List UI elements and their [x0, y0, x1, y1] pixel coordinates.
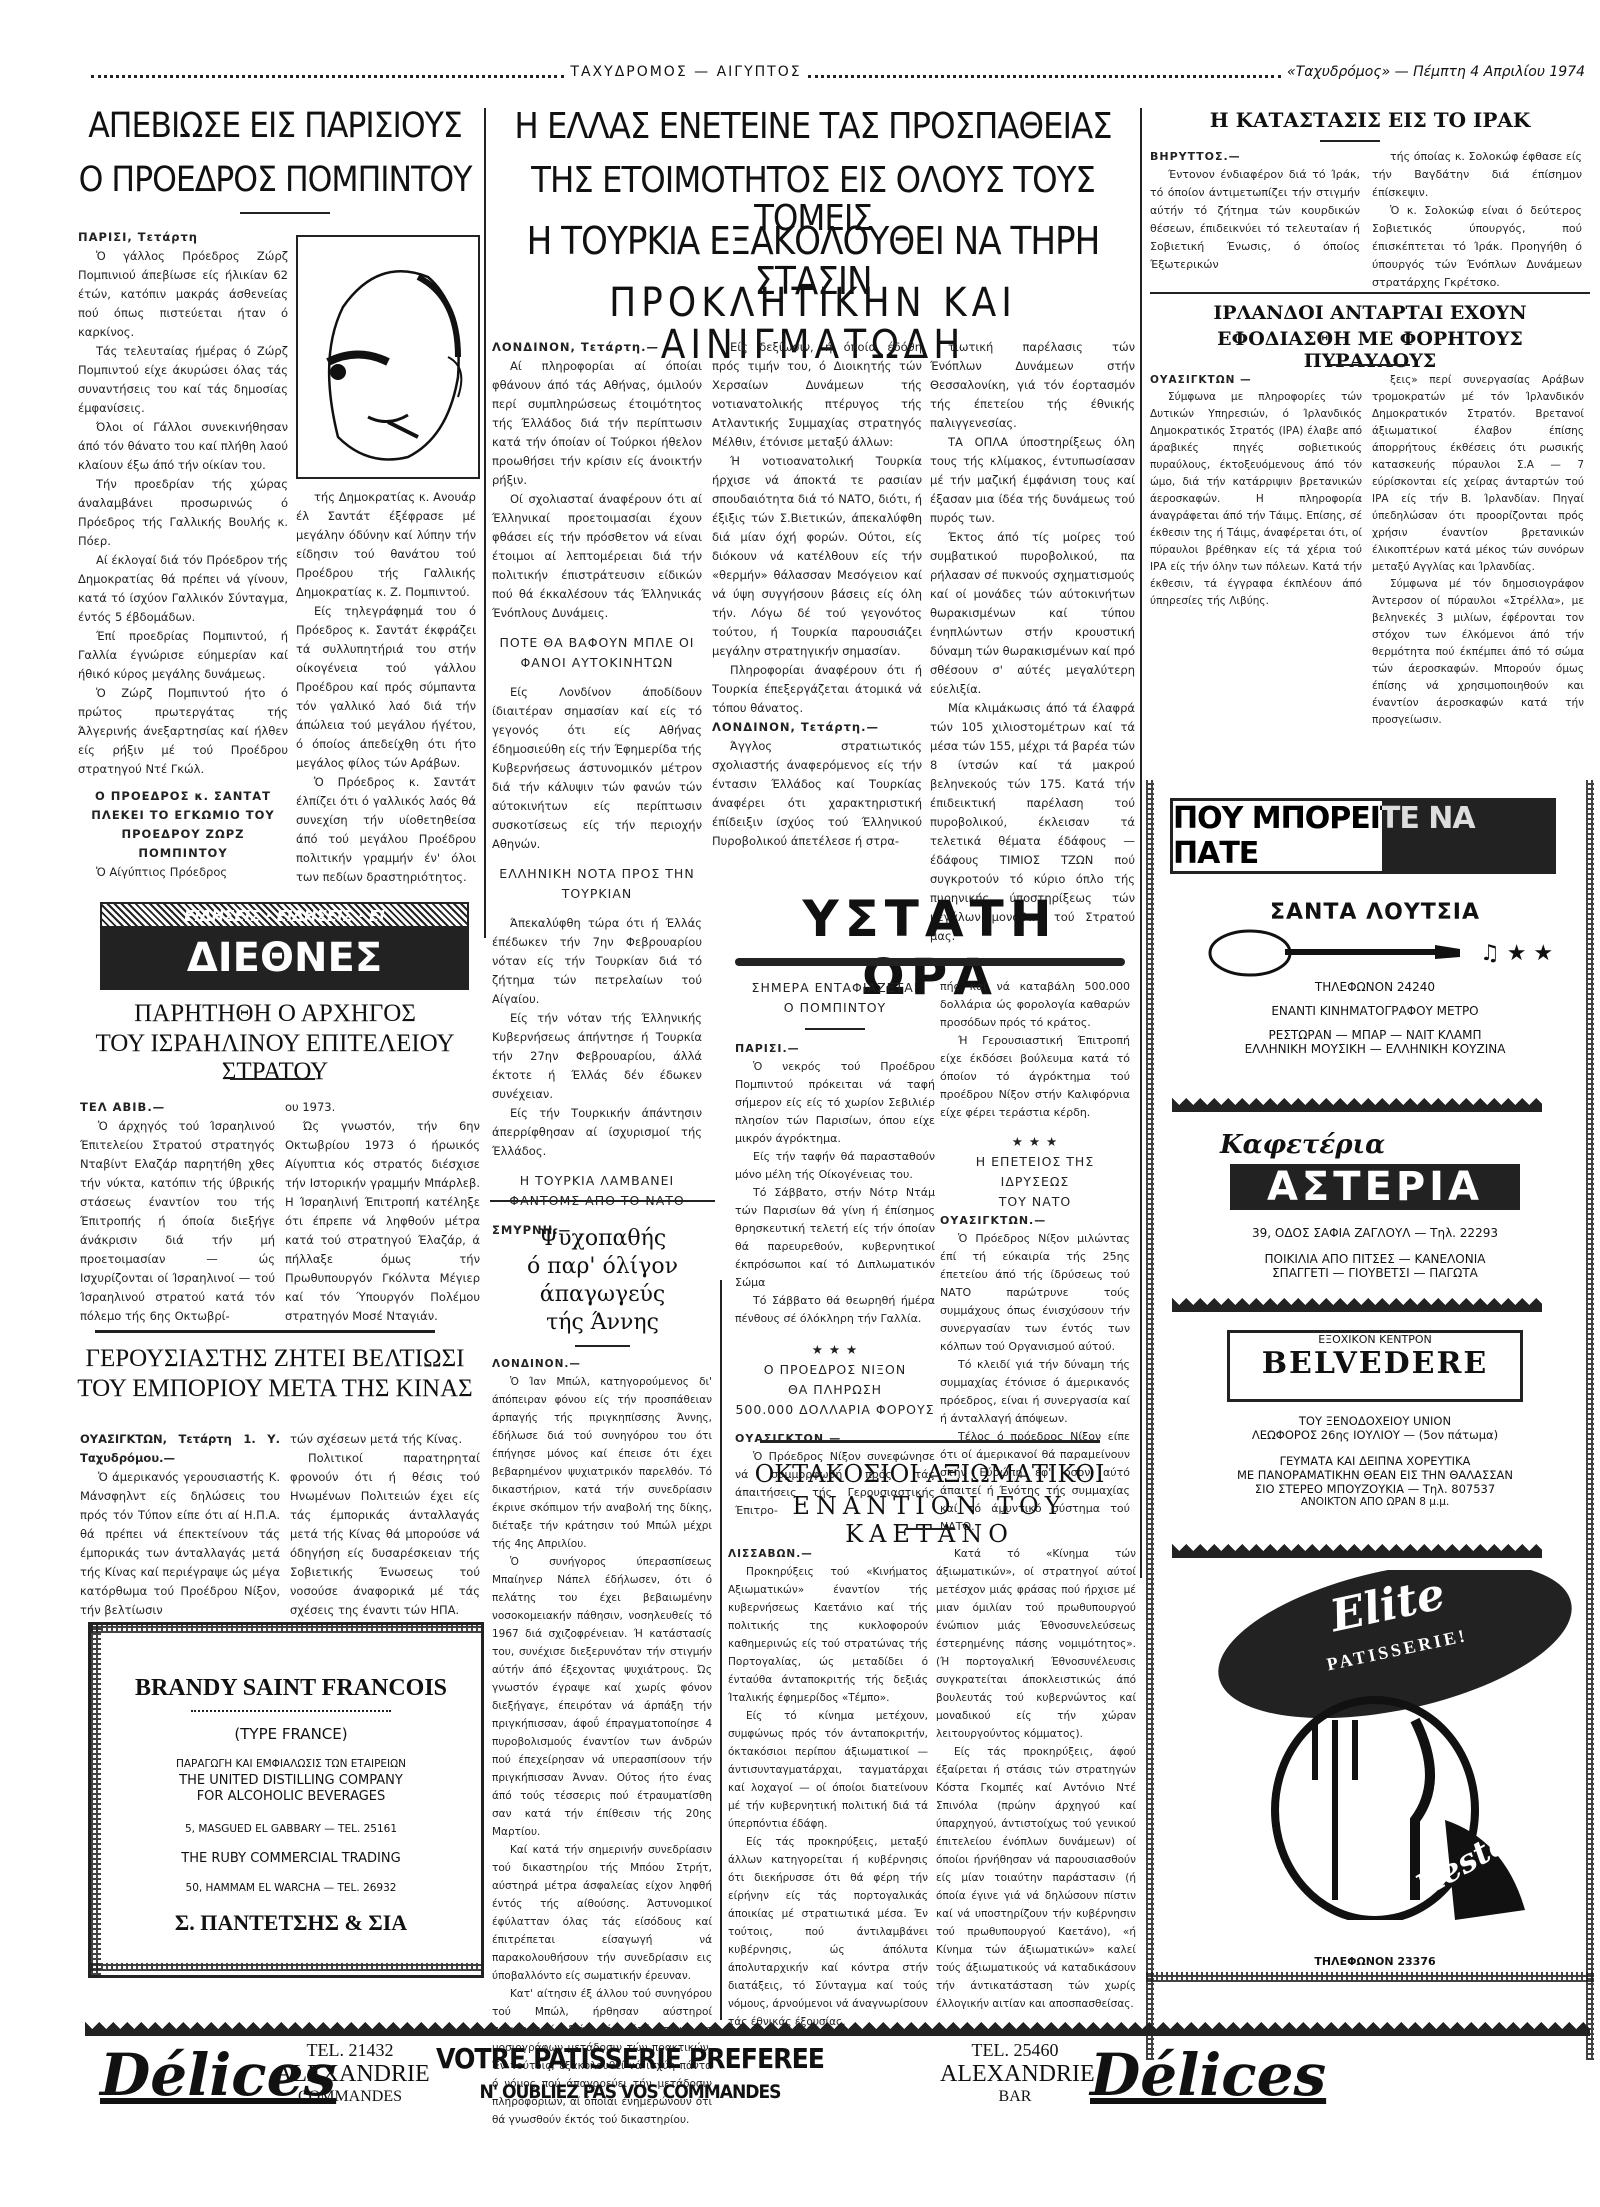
ad-line: ΡΕΣΤΩΡΑΝ — ΜΠΑΡ — ΝΑΙΤ ΚΛΑΜΠ — [1160, 1028, 1590, 1042]
paragraph: ΤΑ ΟΠΛΑ ύποστηρίξεως όλη τους τής κλίμακ… — [930, 433, 1135, 528]
meander-border — [1146, 1972, 1594, 1982]
stars-separator: ★ ★ ★ — [735, 1340, 935, 1360]
article-body-col2: Κατά τό «Κίνημα τών άξιωματικών», οί στρ… — [936, 1545, 1136, 2013]
paragraph: Ώς γνωστόν, τήν 6ην Οκτωβρίου 1973 ό ήρω… — [285, 1117, 480, 1326]
footer-sub: COMMANDES — [275, 2088, 425, 2106]
paragraph: Σύμφωνα μέ τόν δημοσιογράφον Άντερσον οί… — [1372, 576, 1584, 729]
headline: ΑΠΕΒΙΩΣΕ ΕΙΣ ΠΑΡΙΣΙΟΥΣ — [70, 108, 480, 145]
paragraph: Άγγλος στρατιωτικός σχολιαστής άναφερόμε… — [712, 737, 922, 851]
paragraph: Ή Γερουσιαστική Έπιτροπή είχε έκδόσει βο… — [940, 1032, 1130, 1122]
ad-elite: Elite PATISSERIE! Restaurant — [1175, 1570, 1575, 1950]
ad-line: FOR ALCOHOLIC BEVERAGES — [101, 1789, 481, 1804]
divider — [805, 1028, 865, 1030]
headline: Ο ΠΡΟΕΔΡΟΣ ΠΟΜΠΙΝΤΟΥ — [70, 162, 480, 199]
ad-prefix: Καφετέρια — [1160, 1130, 1590, 1160]
divider — [240, 212, 330, 214]
article-body: ΟΥΑΣΙΓΚΤΩΝ, Τετάρτη 1. Υ. Ταχυδρόμου.— Ὁ… — [80, 1430, 280, 1620]
headline-line: Ψυχοπαθής — [490, 1225, 715, 1253]
paragraph: Είς δεξίωσιν, ή όποία έδόθη πρός τιμήν τ… — [712, 338, 922, 452]
article-body-col2: τής Δημοκρατίας κ. Ανουάρ έλ Σαντάτ έξέφ… — [296, 488, 476, 887]
article-body-col2: ου 1973. Ώς γνωστόν, τήν 6ην Οκτωβρίου 1… — [285, 1098, 480, 1326]
banner-main: ΔΙΕΘΝΕΣ 24ΩΡΟΝ — [100, 926, 469, 990]
paragraph: Είς τηλεγράφημά του ό Πρόεδρος κ. Σαντάτ… — [296, 602, 476, 773]
article-body: ΟΥΑΣΙΓΚΤΩΝ — Σύμφωνα με πληροφορίες τών … — [1150, 372, 1362, 610]
paragraph: Αί πληροφορίαι αί όποίαι φθάνουν άπό τάς… — [492, 357, 702, 490]
masthead-dots — [91, 67, 564, 78]
ad-line: THE RUBY COMMERCIAL TRADING — [101, 1851, 481, 1866]
paragraph: Τήν προεδρίαν τής χώρας άναλαμβάνει προσ… — [78, 475, 288, 551]
ad-line: ΛΕΩΦΟΡΟΣ 26ης ΙΟΥΛΙΟΥ — (5ον πάτωμα) — [1160, 1428, 1590, 1442]
ad-line: ΠΑΡΑΓΩΓΗ ΚΑΙ ΕΜΦΙΑΛΩΣΙΣ ΤΩΝ ΕΤΑΙΡΕΙΩΝ — [101, 1758, 481, 1770]
article-body-col2: πής καί νά καταβάλη 500.000 δολλάρια ώς … — [940, 978, 1130, 1536]
ad-line: THE UNITED DISTILLING COMPANY — [101, 1773, 481, 1788]
ad-belvedere: ΕΞΟΧΙΚΟΝ ΚΕΝΤΡΟΝ BELVEDERE ΤΟΥ ΞΕΝΟΔΟΧΕΙ… — [1160, 1330, 1590, 1508]
divider — [95, 1330, 435, 1333]
article-body: ΛΙΣΣΑΒΩΝ.— Προκηρύξεις τού «Κινήματος Αξ… — [728, 1545, 928, 2031]
meander-border — [91, 1963, 481, 1971]
banner-where-to-go: ΠΟΥ ΜΠΟΡΕΙΤΕ ΝΑ ΠΑΤΕ — [1170, 798, 1556, 874]
ad-line: ΓΕΥΜΑΤΑ ΚΑΙ ΔΕΙΠΝΑ ΧΟΡΕΥΤΙΚΑ — [1160, 1454, 1590, 1468]
masthead-dots — [808, 67, 1281, 78]
footer-right-contact: TEL. 25460 ALEXANDRIE BAR — [940, 2040, 1090, 2106]
paragraph: Έπί προεδρίας Πομπιντού, ή Γαλλία έγνώρι… — [78, 627, 288, 684]
paragraph: Ὁ νεκρός τού Προέδρου Πομπιντού πρόκειτα… — [735, 1058, 935, 1148]
meander-border — [91, 1625, 481, 1633]
paragraph: Όλοι οί Γάλλοι συνεκινήθησαν άπό τόν θάν… — [78, 418, 288, 475]
footer-city: ALEXANDRIE — [275, 2061, 425, 2088]
article-body-col2: ξεις» περί συνεργασίας Αράβων τρομοκρατώ… — [1372, 372, 1584, 729]
divider — [575, 1345, 630, 1347]
dateline: ΤΕΛ ΑΒΙΒ.— — [80, 1098, 275, 1117]
headline-line: τής Άννης — [490, 1309, 715, 1337]
dateline: ΛΟΝΔΙΝΟΝ.— — [492, 1355, 712, 1373]
svg-text:♫ ★ ★: ♫ ★ ★ — [1480, 941, 1553, 966]
headline: ΙΡΛΑΝΔΟΙ ΑΝΤΑΡΤΑΙ ΕΧΟΥΝ — [1150, 302, 1590, 324]
ad-subtitle: ΕΞΟΧΙΚΟΝ ΚΕΝΤΡΟΝ — [1230, 1333, 1520, 1346]
dateline: ΛΟΝΔΙΝΟΝ, Τετάρτη.— — [712, 718, 922, 737]
ad-line: ΜΕ ΠΑΝΟΡΑΜΑΤΙΚΗΝ ΘΕΑΝ ΕΙΣ ΤΗΝ ΘΑΛΑΣΣΑΝ — [1160, 1468, 1590, 1482]
headline: ΟΚΤΑΚΟΣΙΟΙ ΑΞΙΩΜΑΤΙΚΟΙ — [722, 1460, 1137, 1488]
footer-center: VOTRE PATISSERIE PREFEREE N' OUBLIEZ PAS… — [425, 2042, 835, 2103]
divider — [490, 1200, 715, 1202]
paragraph: Άπεκαλύφθη τώρα ότι ή Έλλάς έπέδωκεν τήν… — [492, 914, 702, 1009]
cutlery-icon — [1215, 1680, 1535, 1920]
paragraph: Ὁ κ. Σολοκώφ είναι ό δεύτερος Σοβιετικός… — [1372, 202, 1582, 292]
subheading: ΠΟΤΕ ΘΑ ΒΑΦΟΥΝ ΜΠΛΕ ΟΙ ΦΑΝΟΙ ΑΥΤΟΚΙΝΗΤΩΝ — [492, 633, 702, 673]
dateline: ΛΟΝΔΙΝΟΝ, Τετάρτη.— — [492, 338, 702, 357]
paragraph: Ὁ άρχηγός τού Ίσραηλινού Έπιτελείου Στρα… — [80, 1117, 275, 1326]
caricature-image — [296, 235, 480, 479]
ad-location: ΕΝΑΝΤΙ ΚΙΝΗΜΑΤΟΓΡΑΦΟΥ ΜΕΤΡΟ — [1160, 1004, 1590, 1018]
paragraph: Είς τάς προκηρύξεις, μεταξύ άλλων κατηγο… — [728, 1833, 928, 2031]
paragraph: Ὁ Πρόεδρος Νίξον μιλώντας έπί τή εύκαιρί… — [940, 1230, 1130, 1356]
dateline: ΛΙΣΣΑΒΩΝ.— — [728, 1545, 928, 1563]
dateline: ΒΗΡΥΤΤΟΣ.— — [1150, 148, 1360, 166]
zigzag-divider — [1172, 1298, 1542, 1312]
paragraph: Σύμφωνα με πληροφορίες τών Δυτικών Υπηρε… — [1150, 389, 1362, 610]
divider — [1150, 292, 1590, 294]
ad-phone: ΤΗΛΕΦΩΝΟΝ 24240 — [1160, 980, 1590, 994]
paragraph: Είς τήν Τουρκικήν άπάντησιν άπερρίφθησαν… — [492, 1104, 702, 1161]
ad-address: 50, HAMMAM EL WARCHA — TEL. 26932 — [101, 1882, 481, 1894]
ad-title: ΣΑΝΤΑ ΛΟΥΤΣΙΑ — [1160, 900, 1590, 925]
subheading: 500.000 ΔΟΛΛΑΡΙΑ ΦΟΡΟΥΣ — [735, 1400, 935, 1420]
subheading: ΣΗΜΕΡΑ ΕΝΤΑΦΙΑΖΕΤΑΙ — [735, 978, 935, 998]
paragraph: Είς τήν ταφήν θά παρασταθούν μόνο μέλη τ… — [735, 1148, 935, 1184]
banner-text: ΠΟΥ ΜΠΟΡΕΙΤΕ ΝΑ ΠΑΤΕ — [1173, 801, 1553, 871]
paragraph: Τό Σάββατο, στήν Νότρ Ντάμ τών Παρισίων … — [735, 1184, 935, 1292]
paragraph: Πληροφορίαι άναφέρουν ότι ή Τουρκία έπεξ… — [712, 661, 922, 718]
article-body-col2: τής όποίας κ. Σολοκώφ έφθασε είς τήν Βαγ… — [1372, 148, 1582, 292]
ad-asteria: Καφετέρια ΑΣΤΕΡΙΑ 39, ΟΔΟΣ ΣΑΦΙΑ ΖΑΓΛΟΥΛ… — [1160, 1130, 1590, 1280]
paragraph: Πολιτικοί παρατηρηταί φρονούν ότι ή θέσι… — [290, 1449, 480, 1620]
headline: Η ΚΑΤΑΣΤΑΣΙΣ ΕΙΣ ΤΟ ΙΡΑΚ — [1150, 108, 1590, 132]
ad-line: ΤΟΥ ΞΕΝΟΔΟΧΕΙΟΥ UNION — [1160, 1414, 1590, 1428]
ad-logo-box: ΕΞΟΧΙΚΟΝ ΚΕΝΤΡΟΝ BELVEDERE — [1227, 1330, 1523, 1402]
ad-title: ΑΣΤΕΡΙΑ — [1230, 1164, 1520, 1210]
masthead-title: ΤΑΧΥΔΡΟΜΟΣ — ΑΙΓΥΠΤΟΣ — [570, 64, 801, 80]
dateline: ΟΥΑΣΙΓΚΤΩΝ.— — [940, 1212, 1130, 1230]
mandolin-icon: ♫ ★ ★ — [1160, 925, 1590, 980]
paragraph: τής όποίας κ. Σολοκώφ έφθασε είς τήν Βαγ… — [1372, 148, 1582, 202]
masthead-date: «Ταχυδρόμος» — Πέμπτη 4 Απριλίου 1974 — [1287, 64, 1585, 80]
article-body: ΠΑΡΙΣΙ, Τετάρτη Ὁ γάλλος Πρόεδρος Ζώρζ Π… — [78, 228, 288, 882]
paragraph: Τό κλειδί γιά τήν δύναμη τής συμμαχίας έ… — [940, 1356, 1130, 1428]
paragraph: Ὁ Ζώρζ Πομπιντού ήτο ό πρώτος πρωτεργάτα… — [78, 684, 288, 779]
divider — [760, 1440, 1100, 1443]
zigzag-divider — [1172, 1544, 1542, 1558]
paragraph: τιωτική παρέλασις τών Ένόπλων Δυνάμεων σ… — [930, 338, 1135, 433]
ad-title: BRANDY SAINT FRANCOIS — [101, 1675, 481, 1702]
meander-border — [1146, 780, 1154, 2060]
paragraph: Ὁ Πρόεδρος κ. Σαντάτ έλπίζει ότι ό γαλλι… — [296, 773, 476, 887]
divider — [1330, 364, 1410, 366]
paragraph: Είς τήν νόταν τής Έλληνικής Κυβερνήσεως … — [492, 1009, 702, 1104]
paragraph: τής Δημοκρατίας κ. Ανουάρ έλ Σαντάτ έξέφ… — [296, 488, 476, 602]
zigzag-divider — [1172, 1098, 1542, 1112]
footer-city: ALEXANDRIE — [940, 2061, 1090, 2088]
delices-logo-left: Délices — [100, 2040, 270, 2110]
footer-sub: BAR — [940, 2088, 1090, 2106]
subheading: ΤΟΥ ΝΑΤΟ — [940, 1192, 1130, 1212]
masthead: ΤΑΧΥΔΡΟΜΟΣ — ΑΙΓΥΠΤΟΣ «Ταχυδρόμος» — Πέμ… — [85, 62, 1585, 82]
paragraph: Είς τάς προκηρύξεις, άφού έξαίρεται ή στ… — [936, 1743, 1136, 2013]
paragraph: Ὁ συνήγορος ύπερασπίσεως Μπαίηνερ Νάπελ … — [492, 1553, 712, 1841]
dateline: ΠΑΡΙΣΙ.— — [735, 1040, 935, 1058]
paragraph: Τάς τελευταίας ήμέρας ό Ζώρζ Πομπιντού ε… — [78, 342, 288, 418]
subheading: Ο ΠΡΟΕΔΡΟΣ κ. ΣΑΝΤΑΤ ΠΛΕΚΕΙ ΤΟ ΕΓΚΩΜΙΟ Τ… — [78, 787, 288, 863]
ad-phone: ΤΗΛΕΦΩΝΟΝ 23376 — [1160, 1955, 1590, 1968]
headline: ΤΟΥ ΕΜΠΟΡΙΟΥ ΜΕΤΑ ΤΗΣ ΚΙΝΑΣ — [70, 1375, 480, 1403]
ad-line: ΣΠΑΓΓΕΤΙ — ΓΙΟΥΒΕΤΣΙ — ΠΑΓΩΤΑ — [1160, 1266, 1590, 1280]
paragraph: Ὁ Ίαν Μπώλ, κατηγορούμενος δι' άπόπειραν… — [492, 1373, 712, 1553]
dateline: ΟΥΑΣΙΓΚΤΩΝ — — [1150, 372, 1362, 389]
article-body: ΤΕΛ ΑΒΙΒ.— Ὁ άρχηγός τού Ίσραηλινού Έπιτ… — [80, 1098, 275, 1326]
ad-address: 39, ΟΔΟΣ ΣΑΦΙΑ ΖΑΓΛΟΥΛ — Τηλ. 22293 — [1160, 1226, 1590, 1240]
article-body: ΛΟΝΔΙΝΟΝ.— Ὁ Ίαν Μπώλ, κατηγορούμενος δι… — [492, 1355, 712, 2129]
paragraph: ου 1973. — [285, 1098, 480, 1117]
paragraph: Ὁ Αίγύπτιος Πρόεδρος — [78, 863, 288, 882]
ad-santa-lucia: ΣΑΝΤΑ ΛΟΥΤΣΙΑ ♫ ★ ★ ΤΗΛΕΦΩΝΟΝ 24240 ΕΝΑΝ… — [1160, 900, 1590, 1056]
ad-address: 5, MASGUED EL GABBARY — TEL. 25161 — [101, 1823, 481, 1835]
paragraph: πής καί νά καταβάλη 500.000 δολλάρια ώς … — [940, 978, 1130, 1032]
subheading: Η ΤΟΥΡΚΙΑ ΛΑΜΒΑΝΕΙ ΦΑΝΤΟΜΣ ΑΠΟ ΤΟ ΝΑΤΟ — [492, 1171, 702, 1211]
dateline: ΟΥΑΣΙΓΚΤΩΝ.— — [735, 1430, 935, 1448]
paragraph: Τό Σάββατο θά θεωρηθή ήμέρα πένθους σέ ό… — [735, 1292, 935, 1328]
dateline: ΠΑΡΙΣΙ, Τετάρτη — [78, 228, 288, 247]
paragraph: Αί έκλογαί διά τόν Πρόεδρον τής Δημοκρατ… — [78, 551, 288, 627]
paragraph: Προκηρύξεις τού «Κινήματος Αξιωματικών» … — [728, 1563, 928, 1707]
article-body: ΒΗΡΥΤΤΟΣ.— Έντονον ένδιαφέρον διά τό Ίρά… — [1150, 148, 1360, 274]
footer-tel: TEL. 25460 — [940, 2040, 1090, 2061]
ad-line: ΑΝΟΙΚΤΟΝ ΑΠΟ ΩΡΑΝ 8 μ.μ. — [1160, 1496, 1590, 1508]
article-body-col3: τιωτική παρέλασις τών Ένόπλων Δυνάμεων σ… — [930, 338, 1135, 946]
ad-line: ΣΙΟ ΣΤΕΡΕΟ ΜΠΟΥΖΟΥΚΙΑ — Τηλ. 807537 — [1160, 1482, 1590, 1496]
ad-title: BELVEDERE — [1230, 1346, 1520, 1381]
dateline: ΟΥΑΣΙΓΚΤΩΝ, Τετάρτη 1. Υ. Ταχυδρόμου.— — [80, 1430, 280, 1468]
headline-line: ό παρ' όλίγον — [490, 1253, 715, 1281]
paragraph: Οί σχολιασταί άναφέρουν ότι αί Έλληνικαί… — [492, 490, 702, 623]
meander-border — [91, 1625, 101, 1975]
paragraph: Έκτος άπό τίς μοίρες τού συμβατικού πυρο… — [930, 528, 1135, 699]
paragraph: Καί κατά τήν σημερινήν συνεδρίασιν τού δ… — [492, 1841, 712, 1985]
paragraph: Ὁ γάλλος Πρόεδρος Ζώρζ Πομπινιού άπεβίωσ… — [78, 247, 288, 342]
column-divider — [484, 108, 486, 938]
article-body-col2: τών σχέσεων μετά τής Κίνας. Πολιτικοί πα… — [290, 1430, 480, 1620]
paragraph: Ή νοτιοανατολική Τουρκία ήρχισε νά άποκτ… — [712, 452, 922, 661]
column-divider — [1140, 108, 1142, 1578]
subheading: ΘΑ ΠΛΗΡΩΣΗ — [735, 1380, 935, 1400]
headline: Η ΕΛΛΑΣ ΕΝΕΤΕΙΝΕ ΤΑΣ ΠΡΟΣΠΑΘΕΙΑΣ — [488, 108, 1138, 146]
footer-left-contact: TEL. 21432 ALEXANDRIE COMMANDES — [275, 2040, 425, 2106]
ad-owner: Σ. ΠΑΝΤΕΤΣΗΣ & ΣΙΑ — [101, 1910, 481, 1936]
column-divider — [720, 1280, 722, 2020]
ad-subtitle: (TYPE FRANCE) — [101, 1725, 481, 1743]
paragraph: Κατά τό «Κίνημα τών άξιωματικών», οί στρ… — [936, 1545, 1136, 1743]
article-body-col2: Είς δεξίωσιν, ή όποία έδόθη πρός τιμήν τ… — [712, 338, 922, 851]
headline-line: άπαγωγεύς — [490, 1281, 715, 1309]
divider — [230, 1078, 315, 1080]
article-body: ΛΟΝΔΙΝΟΝ, Τετάρτη.— Αί πληροφορίαι αί όπ… — [492, 338, 702, 1240]
footer-slogan: N' OUBLIEZ PAS VOS COMMANDES — [425, 2081, 835, 2103]
portrait-icon — [298, 237, 478, 477]
paragraph: ξεις» περί συνεργασίας Αράβων τρομοκρατώ… — [1372, 372, 1584, 576]
divider — [735, 958, 1125, 966]
ad-line: ΠΟΙΚΙΛΙΑ ΑΠΟ ΠΙΤΣΕΣ — ΚΑΝΕΛΟΝΙΑ — [1160, 1252, 1590, 1266]
headline: ΕΝΑΝΤΙΟΝ ΤΟΥ ΚΑΕΤΑΝΟ — [722, 1492, 1137, 1548]
subheading: Η ΕΠΕΤΕΙΟΣ ΤΗΣ ΙΔΡΥΣΕΩΣ — [940, 1152, 1130, 1192]
article-body: ΣΗΜΕΡΑ ΕΝΤΑΦΙΑΖΕΤΑΙ Ο ΠΟΜΠΙΝΤΟΥ ΠΑΡΙΣΙ.—… — [735, 978, 935, 1520]
ad-line: ΕΛΛΗΝΙΚΗ ΜΟΥΣΙΚΗ — ΕΛΛΗΝΙΚΗ ΚΟΥΖΙΝΑ — [1160, 1042, 1590, 1056]
subheading: ΕΛΛΗΝΙΚΗ ΝΟΤΑ ΠΡΟΣ ΤΗΝ ΤΟΥΡΚΙΑΝ — [492, 864, 702, 904]
ad-brandy: BRANDY SAINT FRANCOIS (TYPE FRANCE) ΠΑΡΑ… — [88, 1622, 484, 1978]
zigzag-divider — [85, 2022, 1590, 2036]
headline: Ψυχοπαθής ό παρ' όλίγον άπαγωγεύς τής Άν… — [490, 1225, 715, 1337]
footer-slogan: VOTRE PATISSERIE PREFEREE — [425, 2042, 835, 2075]
paragraph: τών σχέσεων μετά τής Κίνας. — [290, 1430, 480, 1449]
footer-tel: TEL. 21432 — [275, 2040, 425, 2061]
divider — [905, 1528, 955, 1530]
headline: ΓΕΡΟΥΣΙΑΣΤΗΣ ΖΗΤΕΙ ΒΕΛΤΙΩΣΙ — [70, 1345, 480, 1373]
delices-logo-right: Délices — [1090, 2040, 1270, 2110]
paragraph: Είς Λονδίνον άποδίδουν ίδιαιτέραν σημασί… — [492, 683, 702, 854]
paragraph: Ὁ άμερικανός γερουσιαστής Κ. Μάνσφηλντ ε… — [80, 1468, 280, 1620]
subheading: Ο ΠΡΟΕΔΡΟΣ ΝΙΞΟΝ — [735, 1360, 935, 1380]
divider — [1320, 140, 1380, 142]
paragraph: Είς τό κίνημα μετέχουν, συμφώνως πρός τό… — [728, 1707, 928, 1833]
divider — [191, 1710, 391, 1712]
paragraph: Έντονον ένδιαφέρον διά τό Ίράκ, τό όποίο… — [1150, 166, 1360, 274]
headline: ΠΑΡΗΤΗΘΗ Ο ΑΡΧΗΓΟΣ — [70, 1000, 480, 1028]
subheading: Ο ΠΟΜΠΙΝΤΟΥ — [735, 998, 935, 1018]
